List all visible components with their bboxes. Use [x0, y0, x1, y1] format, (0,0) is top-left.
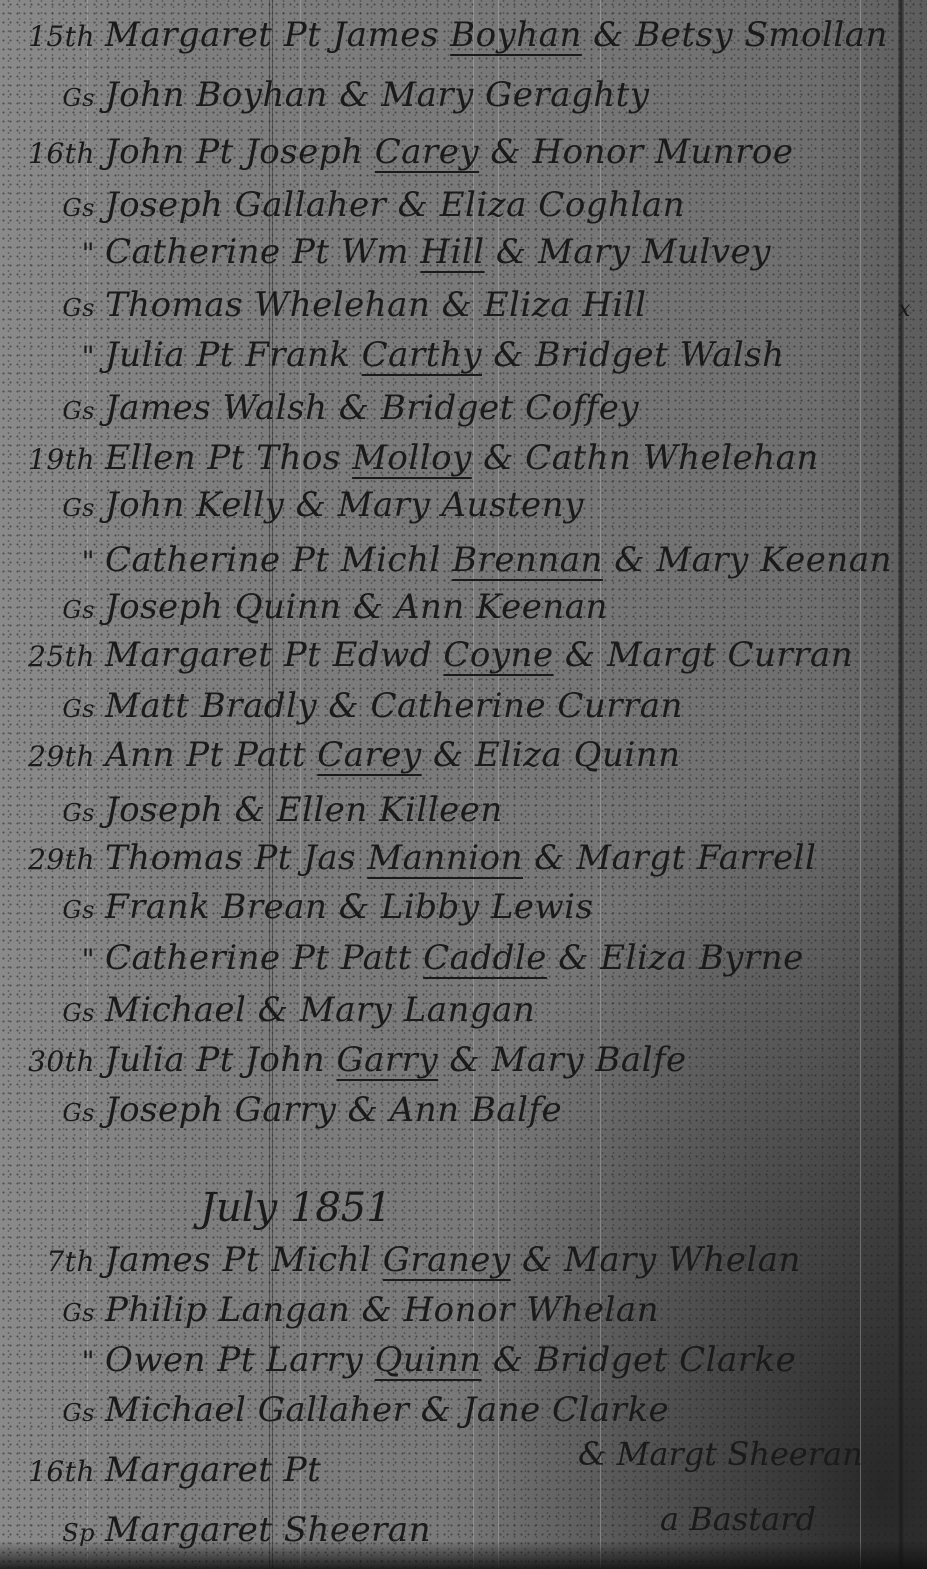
baptism-entry: "Owen Pt Larry Quinn & Bridget Clarke	[0, 1340, 796, 1380]
baptism-entry: 29thAnn Pt Patt Carey & Eliza Quinn	[0, 735, 681, 775]
mother-name: & Bridget Clarke	[493, 1340, 796, 1380]
father-name: Edwd	[333, 635, 432, 675]
page-binding-edge	[898, 0, 904, 1569]
sponsors-marker: Gs	[0, 294, 105, 322]
sponsors-marker: Gs	[0, 1299, 105, 1327]
child-name: Ann	[105, 735, 175, 775]
father-prefix: Pt	[196, 1040, 234, 1080]
child-name: James	[105, 1240, 211, 1280]
sponsors-marker: Gs	[0, 1399, 105, 1427]
father-name: Patt	[341, 938, 412, 978]
entry-date: 16th	[0, 1455, 105, 1488]
entry-date: "	[0, 237, 105, 270]
child-name: Margaret	[105, 635, 272, 675]
ruled-line	[860, 0, 861, 1569]
child-name: Thomas	[105, 838, 243, 878]
page-bottom-shadow	[0, 1541, 927, 1569]
child-name: Margaret	[105, 15, 272, 55]
sponsors-names: John Kelly & Mary Austeny	[105, 485, 584, 525]
sponsors-marker: Gs	[0, 999, 105, 1027]
child-name: Catherine	[105, 540, 281, 580]
entry-date: "	[0, 943, 105, 976]
sponsors-marker: Gs	[0, 596, 105, 624]
surname: Graney	[383, 1240, 511, 1280]
entry-date: 16th	[0, 137, 105, 170]
child-name: Owen	[105, 1340, 206, 1380]
mother-name: & Cathn Whelehan	[483, 438, 819, 478]
mother-name: & Mary Balfe	[449, 1040, 686, 1080]
father-prefix: Pt	[223, 1240, 261, 1280]
father-prefix: Pt	[196, 335, 234, 375]
surname: Caddle	[423, 938, 547, 978]
entry-date: "	[0, 545, 105, 578]
father-prefix: Pt	[284, 1450, 322, 1490]
sponsors-entry: GsJohn Kelly & Mary Austeny	[0, 485, 584, 525]
surname: Mannion	[367, 838, 523, 878]
father-name: Michl	[271, 1240, 371, 1280]
entry-date: "	[0, 1345, 105, 1378]
sponsors-names: Joseph Gallaher & Eliza Coghlan	[105, 185, 685, 225]
baptism-entry: "Catherine Pt Patt Caddle & Eliza Byrne	[0, 938, 804, 978]
father-name: Wm	[341, 232, 409, 272]
father-prefix: Pt	[292, 540, 330, 580]
sponsors-entry: GsJoseph & Ellen Killeen	[0, 790, 503, 830]
entry-date: 15th	[0, 20, 105, 53]
father-name: James	[333, 15, 439, 55]
sponsors-marker: Gs	[0, 84, 105, 112]
sponsors-names: Joseph Garry & Ann Balfe	[105, 1090, 562, 1130]
entry-date: 19th	[0, 443, 105, 476]
father-name: Michl	[341, 540, 441, 580]
mother-name: & Eliza Byrne	[558, 938, 804, 978]
father-name: Patt	[235, 735, 306, 775]
child-name: Catherine	[105, 938, 281, 978]
sponsors-names: Frank Brean & Libby Lewis	[105, 887, 593, 927]
sponsors-entry: GsJoseph Quinn & Ann Keenan	[0, 587, 608, 627]
sponsors-entry: GsMatt Bradly & Catherine Curran	[0, 686, 683, 726]
sponsors-entry: GsPhilip Langan & Honor Whelan	[0, 1290, 659, 1330]
baptism-entry: 25thMargaret Pt Edwd Coyne & Margt Curra…	[0, 635, 853, 675]
surname: Carey	[375, 132, 479, 172]
sponsors-names: Joseph & Ellen Killeen	[105, 790, 503, 830]
mother-name: & Eliza Quinn	[433, 735, 681, 775]
entry-date: 29th	[0, 843, 105, 876]
baptism-entry: 15thMargaret Pt James Boyhan & Betsy Smo…	[0, 15, 888, 55]
surname: Molloy	[352, 438, 472, 478]
father-prefix: Pt	[292, 232, 330, 272]
mother-name: & Margt Farrell	[534, 838, 816, 878]
surname: Carey	[317, 735, 421, 775]
sponsors-entry: GsJoseph Garry & Ann Balfe	[0, 1090, 562, 1130]
sponsors-names: Thomas Whelehan & Eliza Hill	[105, 285, 647, 325]
father-name: Joseph	[245, 132, 363, 172]
surname: Garry	[336, 1040, 438, 1080]
surname: Hill	[420, 232, 484, 272]
surname: Coyne	[443, 635, 553, 675]
entry-date: 29th	[0, 740, 105, 773]
child-name: Margaret	[105, 1450, 272, 1490]
father-prefix: Pt	[196, 132, 234, 172]
sponsors-marker: Gs	[0, 1099, 105, 1127]
father-prefix: Pt	[284, 15, 322, 55]
sponsors-marker: Gs	[0, 397, 105, 425]
sponsors-names: John Boyhan & Mary Geraghty	[105, 75, 650, 115]
entry-date: 25th	[0, 640, 105, 673]
father-name: Frank	[245, 335, 350, 375]
sponsors-marker: Gs	[0, 695, 105, 723]
margin-cross-mark: x	[898, 297, 910, 322]
father-prefix: Pt	[284, 635, 322, 675]
bastard-annotation: a Bastard	[660, 1500, 816, 1538]
sponsors-marker: Gs	[0, 494, 105, 522]
mother-name: & Betsy Smollan	[593, 15, 888, 55]
father-prefix: Pt	[207, 438, 245, 478]
father-name: Larry	[266, 1340, 363, 1380]
baptism-entry: "Catherine Pt Michl Brennan & Mary Keena…	[0, 540, 892, 580]
mother-name: & Bridget Walsh	[493, 335, 784, 375]
father-name: John	[245, 1040, 325, 1080]
mother-annotation: & Margt Sheeran	[578, 1435, 863, 1473]
baptism-entry: 30thJulia Pt John Garry & Mary Balfe	[0, 1040, 687, 1080]
sponsors-marker: Gs	[0, 194, 105, 222]
father-name: Thos	[256, 438, 341, 478]
sponsors-names: Michael & Mary Langan	[105, 990, 535, 1030]
sponsors-entry: GsJohn Boyhan & Mary Geraghty	[0, 75, 650, 115]
baptism-entry: 16thMargaret Pt	[0, 1450, 321, 1490]
month-heading: July 1851	[200, 1185, 392, 1231]
child-name: Ellen	[105, 438, 196, 478]
entry-date: 30th	[0, 1045, 105, 1078]
entry-date: 7th	[0, 1245, 105, 1278]
register-page: x 15thMargaret Pt James Boyhan & Betsy S…	[0, 0, 927, 1569]
sponsors-entry: GsThomas Whelehan & Eliza Hill	[0, 285, 647, 325]
surname: Carthy	[362, 335, 482, 375]
sponsors-names: Philip Langan & Honor Whelan	[105, 1290, 659, 1330]
baptism-entry: "Catherine Pt Wm Hill & Mary Mulvey	[0, 232, 771, 272]
entry-date: "	[0, 340, 105, 373]
baptism-entry: "Julia Pt Frank Carthy & Bridget Walsh	[0, 335, 785, 375]
surname: Quinn	[375, 1340, 482, 1380]
father-prefix: Pt	[217, 1340, 255, 1380]
sponsors-names: Joseph Quinn & Ann Keenan	[105, 587, 608, 627]
child-name: Catherine	[105, 232, 281, 272]
baptism-entry: 29thThomas Pt Jas Mannion & Margt Farrel…	[0, 838, 816, 878]
father-prefix: Pt	[292, 938, 330, 978]
mother-name: & Margt Curran	[565, 635, 853, 675]
mother-name: & Mary Mulvey	[496, 232, 771, 272]
sponsors-marker: Gs	[0, 799, 105, 827]
mother-name: & Mary Keenan	[614, 540, 892, 580]
sponsors-entry: GsMichael Gallaher & Jane Clarke	[0, 1390, 669, 1430]
child-name: Julia	[105, 335, 185, 375]
child-name: Julia	[105, 1040, 185, 1080]
sponsors-names: Michael Gallaher & Jane Clarke	[105, 1390, 669, 1430]
baptism-entry: 16thJohn Pt Joseph Carey & Honor Munroe	[0, 132, 794, 172]
sponsors-entry: GsJoseph Gallaher & Eliza Coghlan	[0, 185, 685, 225]
mother-name: & Mary Whelan	[522, 1240, 801, 1280]
sponsors-names: James Walsh & Bridget Coffey	[105, 388, 639, 428]
sponsors-entry: GsFrank Brean & Libby Lewis	[0, 887, 593, 927]
surname: Boyhan	[450, 15, 582, 55]
surname: Brennan	[452, 540, 603, 580]
sponsors-marker: Gs	[0, 896, 105, 924]
sponsors-entry: GsJames Walsh & Bridget Coffey	[0, 388, 639, 428]
father-prefix: Pt	[254, 838, 292, 878]
sponsors-names: Matt Bradly & Catherine Curran	[105, 686, 683, 726]
baptism-entry: 19thEllen Pt Thos Molloy & Cathn Wheleha…	[0, 438, 819, 478]
child-name: John	[105, 132, 185, 172]
father-prefix: Pt	[186, 735, 224, 775]
baptism-entry: 7thJames Pt Michl Graney & Mary Whelan	[0, 1240, 801, 1280]
father-name: Jas	[303, 838, 356, 878]
mother-name: & Honor Munroe	[490, 132, 793, 172]
sponsors-entry: GsMichael & Mary Langan	[0, 990, 535, 1030]
